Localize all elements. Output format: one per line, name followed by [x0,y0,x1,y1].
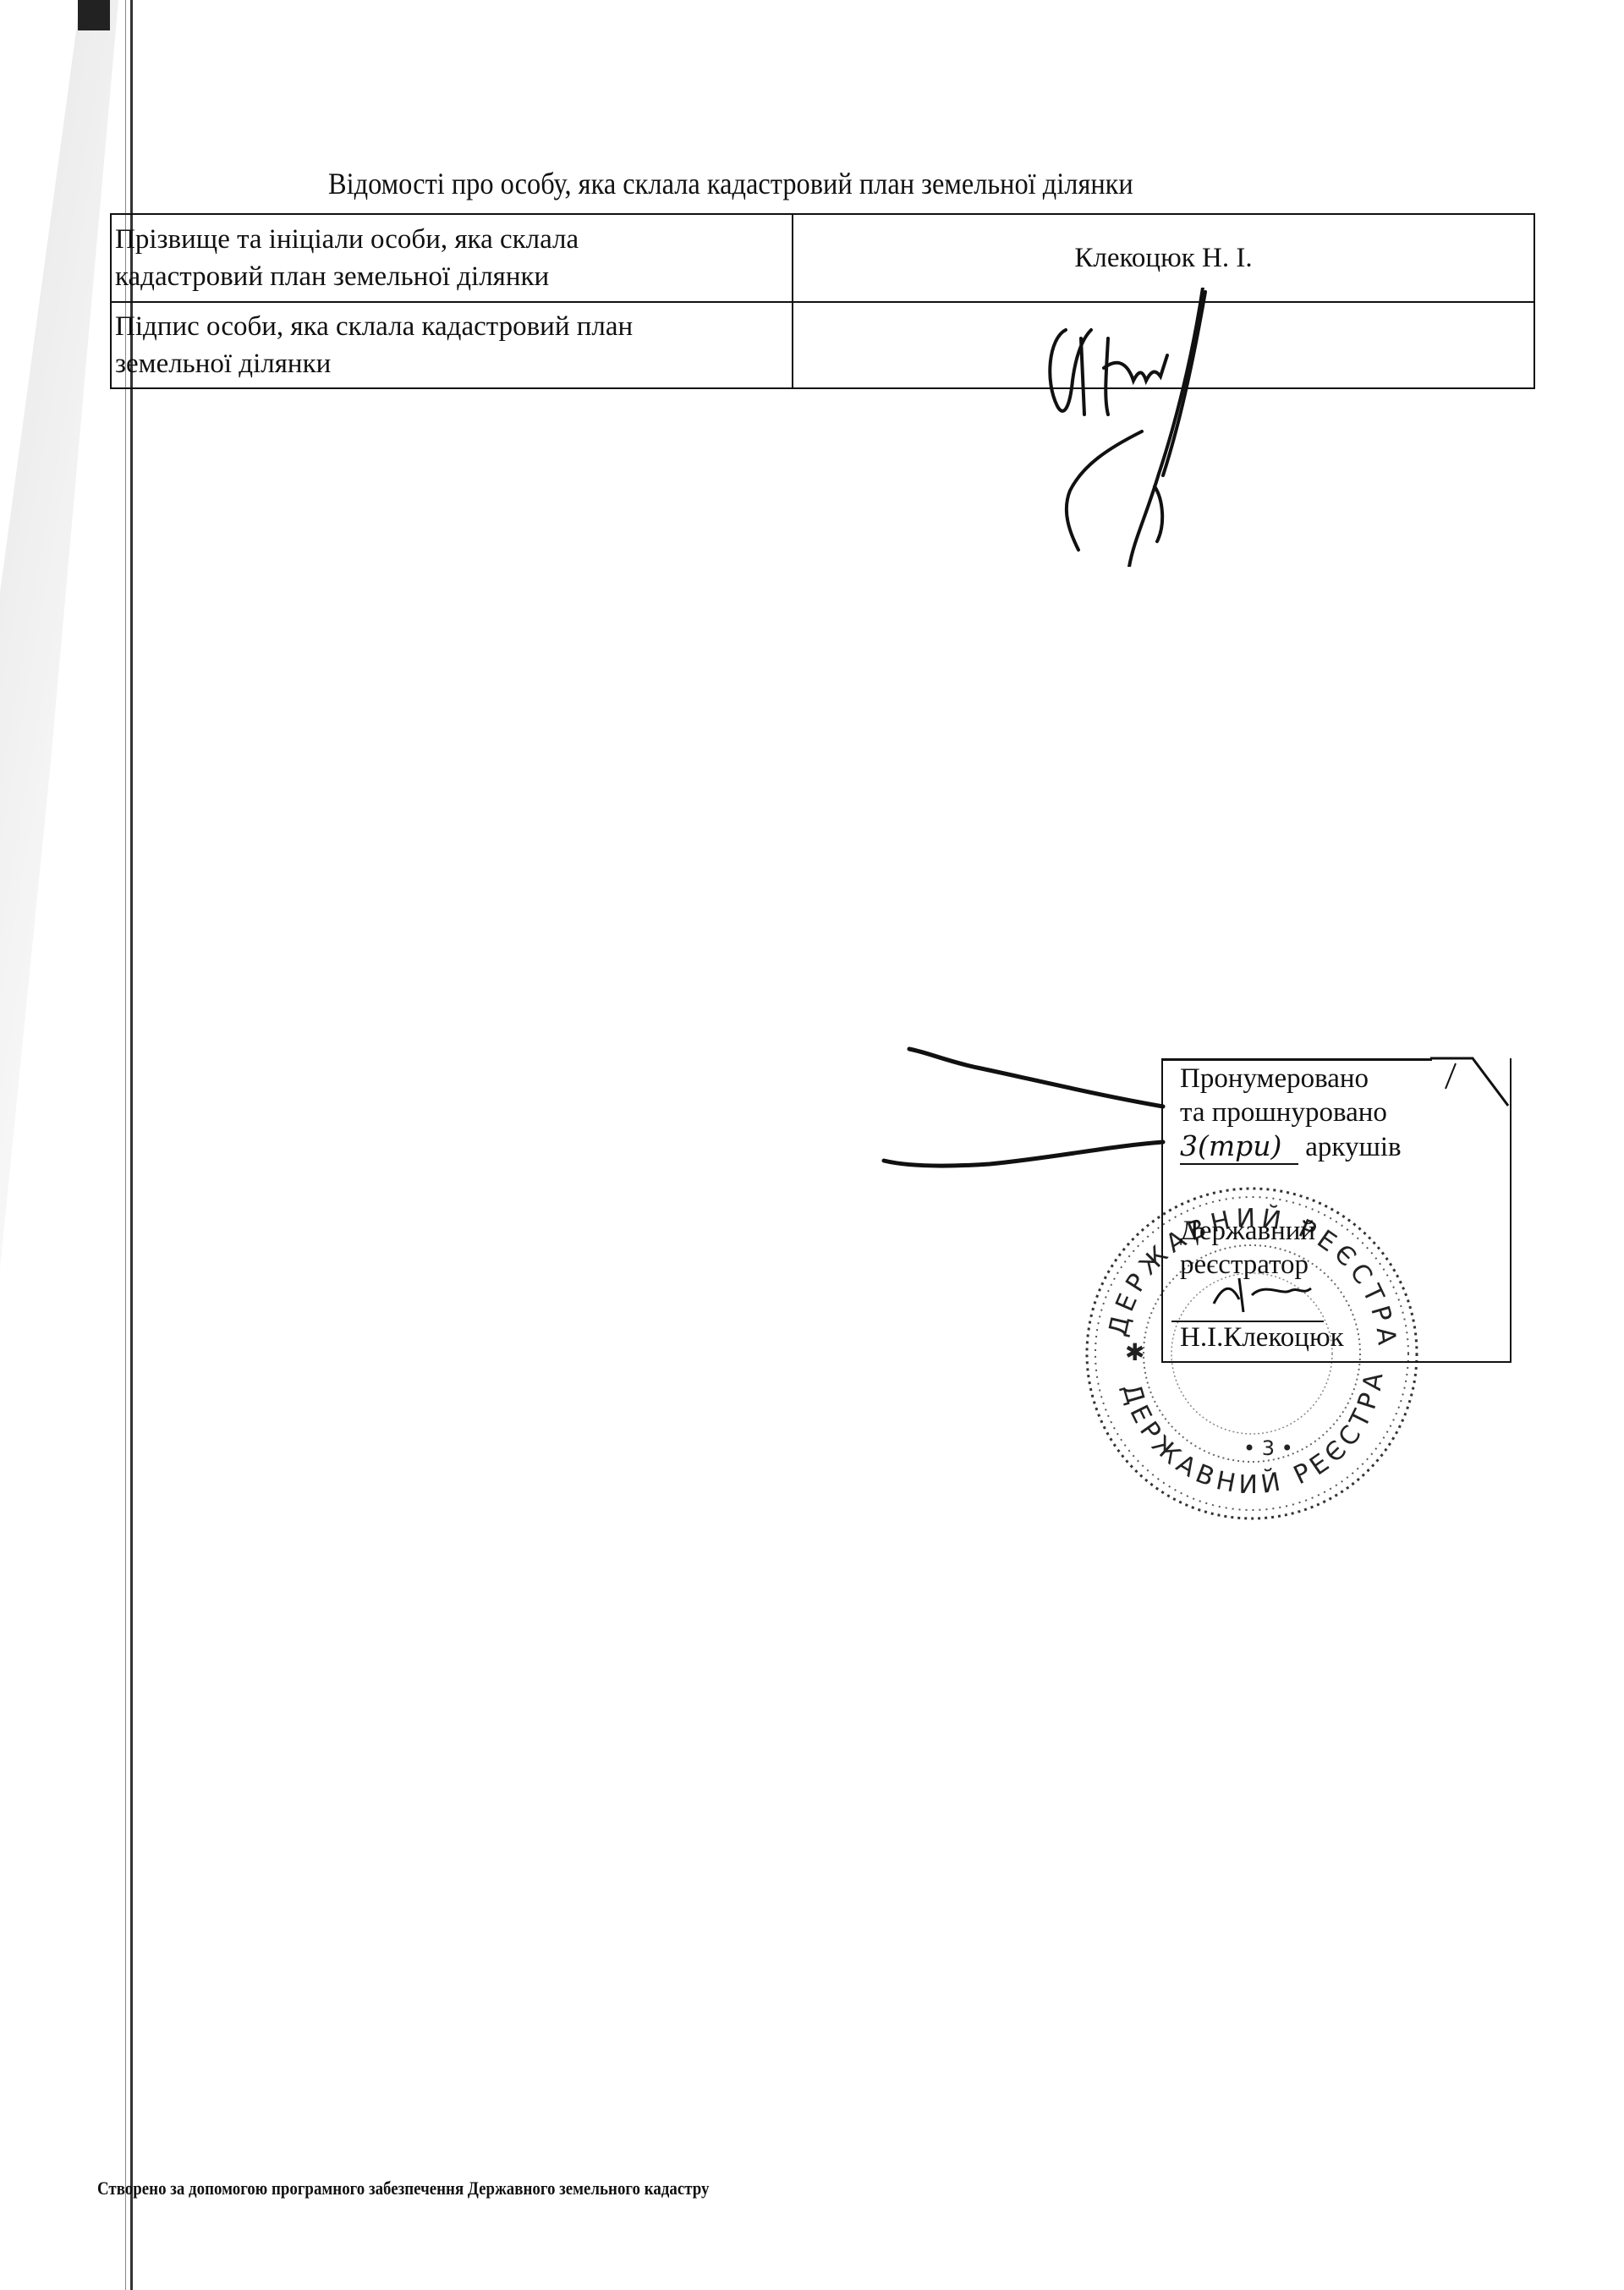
name-label-cell: Прізвище та ініціали особи, яка склала к… [111,214,793,302]
folded-corner-icon [1430,1055,1515,1114]
signature-label-line2: земельної ділянки [115,345,788,382]
signature-label-line1: Підпис особи, яка склала кадастровий пла… [115,308,788,345]
handwritten-sheet-count: 3(три) [1180,1129,1298,1165]
svg-text:✱: ✱ [1125,1338,1144,1366]
svg-text:• 3 •: • 3 • [1243,1436,1293,1460]
seal-note-line1: Пронумеровано [1180,1062,1369,1096]
binding-certification-box: Пронумеровано та прошнуровано 3(три) арк… [1161,1058,1512,1363]
name-label-line1: Прізвище та ініціали особи, яка склала [115,221,788,258]
seal-note-line6: Н.І.Клекоцюк [1180,1321,1344,1354]
author-name: Клекоцюк Н. І. [1074,243,1252,273]
scan-edge-shadow [0,0,127,2290]
seal-note-line2: та прошнуровано [1180,1096,1387,1129]
scan-corner-mark [78,0,110,30]
author-info-table: Прізвище та ініціали особи, яка склала к… [110,213,1535,389]
document-footer: Створено за допомогою програмного забезп… [97,2177,709,2199]
seal-note-sheet-count: 3(три) аркушів [1180,1129,1402,1165]
table-row: Прізвище та ініціали особи, яка склала к… [111,214,1534,302]
name-label-line2: кадастровий план земельної ділянки [115,258,788,295]
small-signature-icon [1205,1270,1341,1321]
table-row: Підпис особи, яка склала кадастровий пла… [111,302,1534,388]
signature-label-cell: Підпис особи, яка склала кадастровий пла… [111,302,793,388]
handwritten-signature-icon [964,288,1319,567]
seal-note-line4: Державний [1180,1214,1315,1248]
sheets-label: аркушів [1305,1132,1401,1162]
document-title: Відомості про особу, яка склала кадастро… [328,166,1226,201]
